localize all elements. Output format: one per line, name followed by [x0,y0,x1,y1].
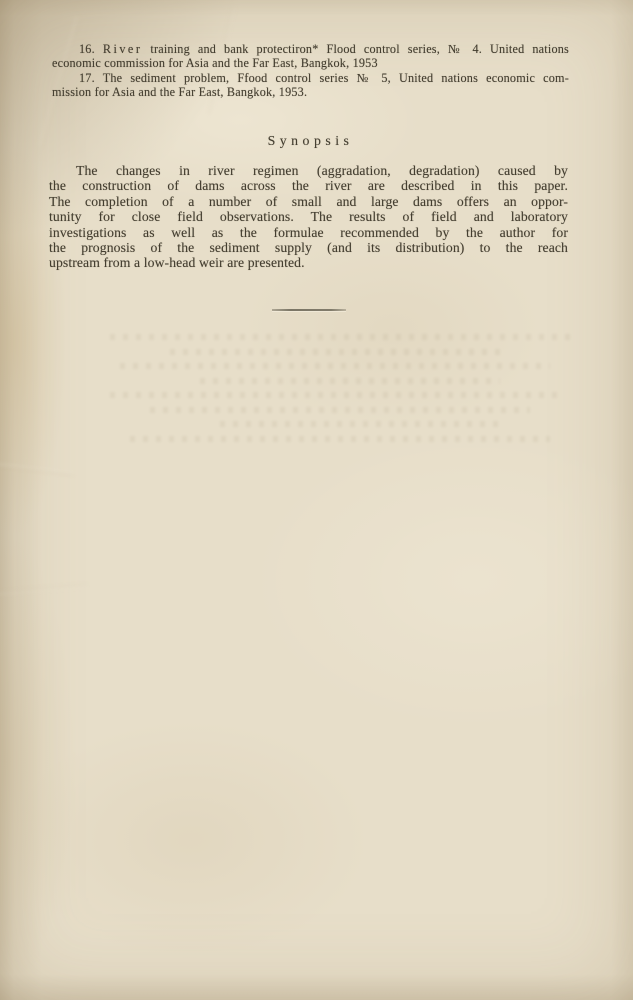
synopsis-heading: Synopsis [52,133,569,149]
section-divider-rule [272,309,346,311]
synopsis-line: The completion of a number of small and … [49,194,568,209]
aged-paper-background [0,0,633,1000]
reference-16-number: 16. [79,42,95,56]
reference-16-line-2: economic commission for Asia and the Far… [52,56,569,70]
reference-17-line-2: mission for Asia and the Far East, Bangk… [52,85,569,99]
synopsis-line: upstream from a low-head weir are presen… [49,255,568,270]
synopsis-paragraph: The changes in river regimen (aggradatio… [49,163,568,271]
reference-16-title-emphasis: River [103,42,143,56]
synopsis-line: The changes in river regimen (aggradatio… [49,163,568,178]
reference-list: 16. River training and bank protectiron*… [52,42,569,99]
synopsis-line: the construction of dams across the rive… [49,178,568,193]
ghost-showthrough-text [110,334,570,450]
reference-16-text: training and bank protectiron* Flood con… [150,42,569,56]
reference-16-line-1: 16. River training and bank protectiron*… [52,42,569,56]
reference-17-line-1: 17. The sediment problem, Ffood control … [52,71,569,85]
synopsis-line: tunity for close field observations. The… [49,209,568,224]
synopsis-line: investigations as well as the formulae r… [49,225,568,240]
synopsis-line: the prognosis of the sediment supply (an… [49,240,568,255]
